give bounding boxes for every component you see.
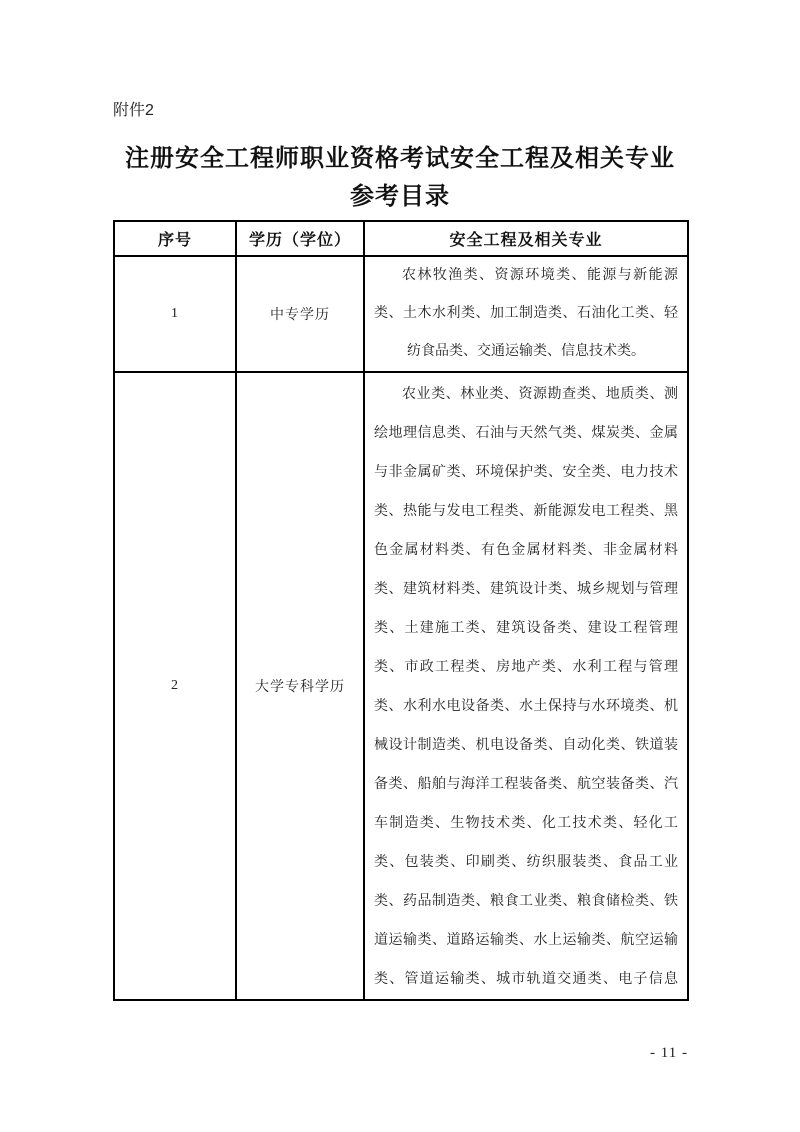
education-cell: 中专学历	[236, 256, 364, 372]
majors-cell: 农业类、林业类、资源勘查类、地质类、测绘地理信息类、石油与天然气类、煤炭类、金属…	[364, 372, 688, 1000]
document-title: 注册安全工程师职业资格考试安全工程及相关专业 参考目录	[0, 140, 800, 216]
table-header-row: 序号 学历（学位） 安全工程及相关专业	[114, 221, 688, 256]
header-cell-serial-number: 序号	[114, 221, 236, 256]
table-row-2: 2 大学专科学历 农业类、林业类、资源勘查类、地质类、测绘地理信息类、石油与天然…	[114, 372, 688, 1000]
majors-paragraph: 农业类、林业类、资源勘查类、地质类、测绘地理信息类、石油与天然气类、煤炭类、金属…	[374, 375, 678, 999]
serial-number-cell: 2	[114, 372, 236, 1000]
table-row-1: 1 中专学历 农林牧渔类、资源环境类、能源与新能源类、土木水利类、加工制造类、石…	[114, 256, 688, 372]
header-cell-education-degree: 学历（学位）	[236, 221, 364, 256]
serial-number-cell: 1	[114, 256, 236, 372]
majors-reference-table: 序号 学历（学位） 安全工程及相关专业 1 中专学历 农林牧渔类、资源环境类、能…	[113, 220, 689, 1001]
attachment-label: 附件2	[113, 97, 154, 120]
title-line-2: 参考目录	[0, 178, 800, 216]
education-cell: 大学专科学历	[236, 372, 364, 1000]
title-line-1: 注册安全工程师职业资格考试安全工程及相关专业	[0, 140, 800, 178]
document-page: 附件2 注册安全工程师职业资格考试安全工程及相关专业 参考目录 序号 学历（学位…	[0, 0, 800, 1132]
majors-cell: 农林牧渔类、资源环境类、能源与新能源类、土木水利类、加工制造类、石油化工类、轻纺…	[364, 256, 688, 372]
page-number: - 11 -	[650, 1045, 688, 1062]
majors-paragraph: 农林牧渔类、资源环境类、能源与新能源类、土木水利类、加工制造类、石油化工类、轻纺…	[374, 257, 678, 371]
header-cell-related-majors: 安全工程及相关专业	[364, 221, 688, 256]
